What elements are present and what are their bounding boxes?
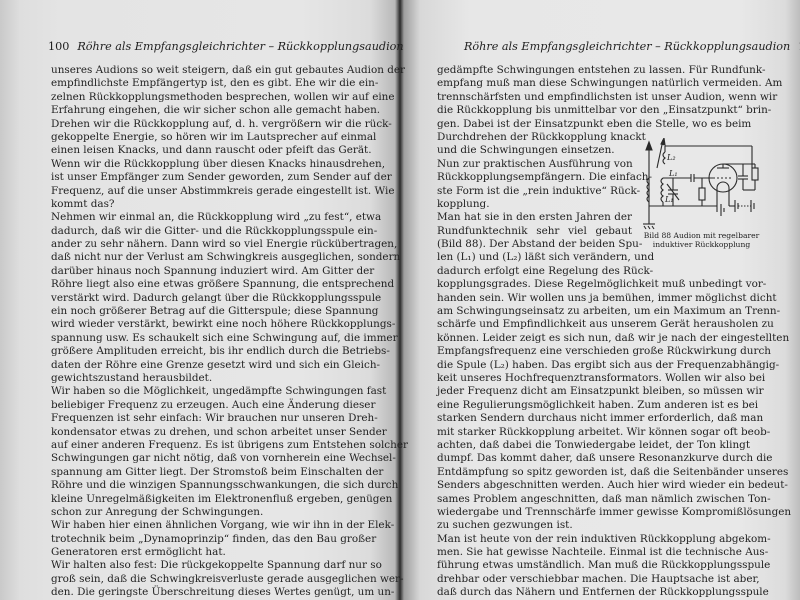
left-body-text: unseres Audions so weit steigern, daß ei… — [51, 64, 366, 600]
text-line: dumpf. Das kommt daher, daß unsere Reson… — [437, 452, 750, 465]
text-line: daß durch das Nähern und Entfernen der R… — [437, 586, 750, 599]
text-line: empfang muß man diese Schwingungen natür… — [437, 77, 750, 90]
text-line: unseres Audions so weit steigern, daß ei… — [51, 64, 366, 77]
text-line: starken Sendern durchaus nicht immer erf… — [437, 412, 750, 425]
text-line: gedämpfte Schwingungen entstehen zu lass… — [437, 64, 750, 77]
text-line: spannung usw. Es schaukelt sich eine Sch… — [51, 332, 366, 345]
text-line: Empfangsfrequenz eine verschieden große … — [437, 345, 750, 358]
text-line: Nun zur praktischen Ausführung von — [437, 158, 632, 171]
running-head-title: Röhre als Empfangsgleichrichter – Rückko… — [77, 40, 403, 53]
text-line: ander zu sehr nähern. Dann wird so viel … — [51, 238, 366, 251]
text-line: kopplung. — [437, 198, 632, 211]
label-l2: L₂ — [666, 153, 676, 162]
text-line: kleine Unregelmäßigkeiten im Elektronenf… — [51, 493, 366, 506]
left-page: 100Röhre als Empfangsgleichrichter – Rüc… — [0, 0, 398, 600]
text-line: kondensator etwas zu drehen, und schon a… — [51, 426, 366, 439]
text-line: Wir halten also fest: Die rückgekoppelte… — [51, 559, 366, 572]
text-line: kommt das? — [51, 198, 366, 211]
text-line: ein noch größerer Betrag auf die Gitters… — [51, 305, 366, 318]
text-line: trotechnik beim „Dynamoprinzip“ finden, … — [51, 533, 366, 546]
text-line: Man hat sie in den ersten Jahren der — [437, 211, 632, 224]
label-l1-bottom: L₁ — [664, 195, 674, 204]
text-line: können. Leider zeigt es sich nun, daß wi… — [437, 332, 750, 345]
text-line: Frequenzen ist sehr einfach: Wir brauche… — [51, 412, 366, 425]
text-line: Röhre und die winzigen Spannungsschwanku… — [51, 479, 366, 492]
text-line: zelnen Rückkopplungsmethoden besprechen,… — [51, 91, 366, 104]
text-line: die Rückkopplung bis unmittelbar vor den… — [437, 104, 750, 117]
text-line: handen sein. Wir wollen uns ja bemühen, … — [437, 292, 750, 305]
text-line: len (L₁) und (L₂) läßt sich verändern, u… — [437, 251, 632, 264]
caption-line-2: induktiver Rückkopplung — [639, 240, 764, 249]
text-line: daten der Röhre eine Grenze gesetzt wird… — [51, 359, 366, 372]
text-line: Wenn wir die Rückkopplung über diesen Kn… — [51, 158, 366, 171]
text-line: trennschärfsten und empfindlichsten ist … — [437, 91, 750, 104]
text-line: Drehen wir die Rückkopplung auf, d. h. v… — [51, 118, 366, 131]
text-line: mit starker Rückkopplung arbeitet. Wir k… — [437, 426, 750, 439]
text-line: führung etwas umständlich. Man muß die R… — [437, 559, 750, 572]
text-line: auf einer anderen Frequenz. Es ist übrig… — [51, 439, 366, 452]
text-line: spannung am Gitter liegt. Der Stromstoß … — [51, 466, 366, 479]
text-line: einen leisen Knacks, und dann rauscht od… — [51, 144, 366, 157]
text-line: Man ist heute von der rein induktiven Rü… — [437, 533, 750, 546]
text-line: sames Problem angeschnitten, daß man näm… — [437, 493, 750, 506]
text-line: Senders abgeschnitten werden. Auch hier … — [437, 479, 750, 492]
text-line: ste Form ist die „rein induktive“ Rück- — [437, 185, 632, 198]
text-line: empfindlichste Empfängertyp ist, den es … — [51, 77, 366, 90]
text-line: Nehmen wir einmal an, die Rückkopplung w… — [51, 211, 366, 224]
text-line: darüber hinaus noch Spannung induziert w… — [51, 265, 366, 278]
text-line: gen. Dabei ist der Einsatzpunkt eben die… — [437, 118, 750, 131]
text-line: dadurch, daß wir die Gitter- und die Rüc… — [51, 225, 366, 238]
text-line: verstärkt wird. Dadurch gelangt über die… — [51, 292, 366, 305]
text-line: daß nicht nur der Verlust am Schwingkrei… — [51, 251, 366, 264]
text-line: Frequenz, auf die unser Abstimmkreis ger… — [51, 185, 366, 198]
text-line: zu suchen gezwungen ist. — [437, 519, 750, 532]
right-running-head: Röhre als Empfangsgleichrichter – Rückko… — [464, 40, 800, 53]
running-head-title: Röhre als Empfangsgleichrichter – Rückko… — [464, 40, 790, 53]
caption-line-1: Bild 88 Audion mit regelbarer — [639, 231, 764, 240]
text-line: den. Die geringste Überschreitung dieses… — [51, 586, 366, 599]
text-line: die Spule (L₂) haben. Das ergibt sich au… — [437, 359, 750, 372]
figure-audion-circuit: L₂ L₁ L₁ Bild 88 Audion mit regelbarer i… — [639, 138, 764, 263]
text-line: keit unseres Hochfrequenztransformators.… — [437, 372, 750, 385]
text-line: eine Regulierungsmöglichkeit haben. Zum … — [437, 399, 750, 412]
text-line: am Schwingungseinsatz zu arbeiten, um ei… — [437, 305, 750, 318]
text-line: achten, daß dabei die Tonwiedergabe leid… — [437, 439, 750, 452]
text-line: men. Sie hat gewisse Nachteile. Einmal i… — [437, 546, 750, 559]
text-line: Wir haben hier einen ähnlichen Vorgang, … — [51, 519, 366, 532]
text-line: Rückkopplungsempfängern. Die einfach- — [437, 171, 632, 184]
text-line: gewichtszustand herausbildet. — [51, 372, 366, 385]
text-line: wiedergabe und Trennschärfe immer gewiss… — [437, 506, 750, 519]
text-line: Rundfunktechnik sehr viel gebaut — [437, 225, 632, 238]
right-page: Röhre als Empfangsgleichrichter – Rückko… — [402, 0, 800, 600]
text-line: (Bild 88). Der Abstand der beiden Spu- — [437, 238, 632, 251]
text-line: und die Schwingungen einsetzen. — [437, 144, 632, 157]
text-line: gekoppelte Energie, so hören wir im Laut… — [51, 131, 366, 144]
text-line: Erfahrung eingehen, die wir sicher schon… — [51, 104, 366, 117]
text-line: jeder Frequenz dicht am Einsatzpunkt ble… — [437, 385, 750, 398]
text-line: drehbar oder verschiebbar machen. Die Ha… — [437, 573, 750, 586]
text-line: Generatoren erst ermöglicht hat. — [51, 546, 366, 559]
text-line: Wir haben so die Möglichkeit, ungedämpft… — [51, 385, 366, 398]
text-line: kopplungsgrades. Diese Regelmöglichkeit … — [437, 278, 750, 291]
figure-caption: Bild 88 Audion mit regelbarer induktiver… — [639, 231, 764, 249]
text-line: Entdämpfung so spitz geworden ist, daß d… — [437, 466, 750, 479]
text-line: wird wieder verstärkt, bewirkt eine noch… — [51, 318, 366, 331]
circuit-diagram: L₂ L₁ L₁ — [639, 138, 764, 230]
text-line: ist unser Empfänger zum Sender geworden,… — [51, 171, 366, 184]
text-line: schärfe und Empfindlichkeit aus unserem … — [437, 318, 750, 331]
book-spread: 100Röhre als Empfangsgleichrichter – Rüc… — [0, 0, 800, 600]
left-running-head: 100Röhre als Empfangsgleichrichter – Rüc… — [48, 40, 404, 53]
text-line: dadurch erfolgt eine Regelung des Rück- — [437, 265, 632, 278]
text-line: Durchdrehen der Rückkopplung knackt — [437, 131, 632, 144]
text-line: Schwingungen gar nicht nötig, daß von vo… — [51, 452, 366, 465]
text-line: größere Amplituden erreicht, bis ihr end… — [51, 345, 366, 358]
page-number: 100 — [48, 40, 69, 53]
label-l1-top: L₁ — [668, 169, 678, 178]
text-line: beliebiger Frequenz zu erzeugen. Auch ei… — [51, 399, 366, 412]
text-line: schon zur Anregung der Schwingungen. — [51, 506, 366, 519]
text-line: Röhre liegt also eine etwas größere Span… — [51, 278, 366, 291]
text-line: groß sein, daß die Schwingkreisverluste … — [51, 573, 366, 586]
